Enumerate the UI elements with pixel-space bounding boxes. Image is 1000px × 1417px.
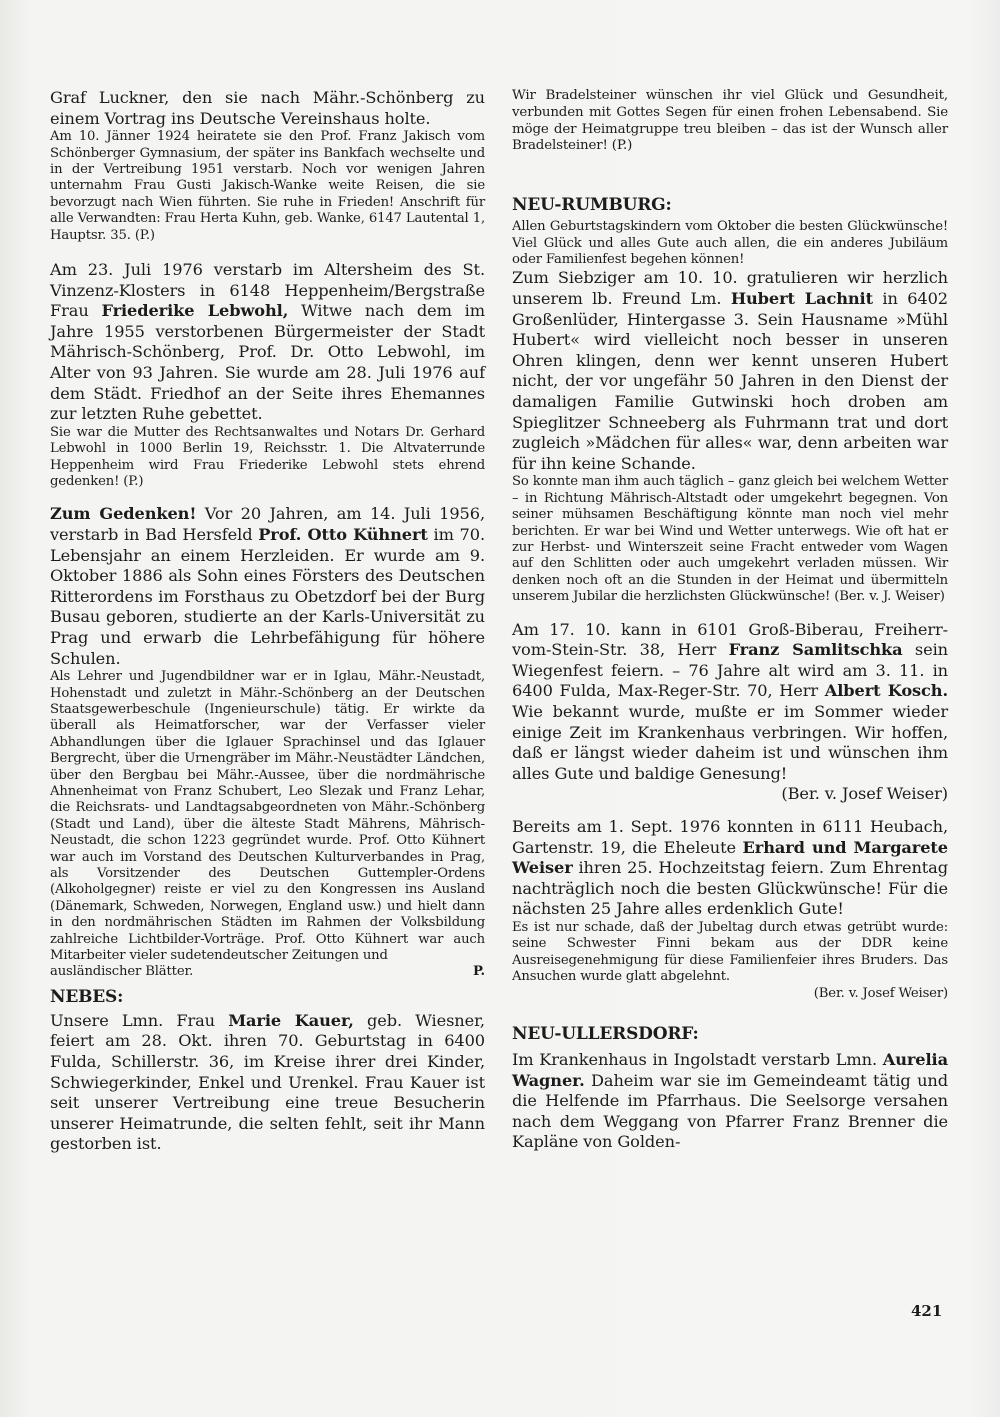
credit-josef-weiser-1: (Ber. v. Josef Weiser)	[512, 784, 948, 805]
paragraph-weiser-detail: Es ist nur schade, daß der Jubeltag durc…	[512, 920, 948, 986]
signature: P.	[473, 964, 485, 980]
name-otto-kuehnert: Prof. Otto Kühnert	[258, 525, 428, 544]
paragraph-rumburg-intro: Allen Geburtstagskindern vom Oktober die…	[512, 219, 948, 268]
paragraph-gedenken: Zum Gedenken! Vor 20 Jahren, am 14. Juli…	[50, 504, 485, 669]
section-heading-nebes: NEBES:	[50, 987, 485, 1007]
name-friederike-lebwohl: Friederike Lebwohl,	[101, 301, 288, 320]
section-heading-neu-ullersdorf: NEU-ULLERSDORF:	[512, 1024, 948, 1044]
name-hubert-lachnit: Hubert Lachnit	[731, 289, 873, 308]
page-number: 421	[911, 1302, 942, 1320]
paragraph-weiser-wedding: Bereits am 1. Sept. 1976 konnten in 6111…	[512, 817, 948, 920]
name-marie-kauer: Marie Kauer,	[228, 1011, 354, 1030]
paragraph-kauer: Unsere Lmn. Frau Marie Kauer, geb. Wiesn…	[50, 1011, 485, 1155]
gedenken-title: Zum Gedenken!	[50, 504, 196, 523]
paragraph-kuehnert-detail: Als Lehrer und Jugendbildner war er in I…	[50, 669, 485, 964]
paragraph-lachnit: Zum Siebziger am 10. 10. gratulieren wir…	[512, 268, 948, 474]
paragraph-bradelsteiner: Wir Bradelsteiner wünschen ihr viel Glüc…	[512, 88, 948, 155]
name-albert-kosch: Albert Kosch.	[825, 681, 948, 700]
paragraph-jakisch: Am 10. Jänner 1924 heiratete sie den Pro…	[50, 129, 485, 244]
paragraph-samlitschka: Am 17. 10. kann in 6101 Groß-Biberau, Fr…	[512, 620, 948, 785]
paragraph-lachnit-detail: So konnte man ihm auch täglich – ganz gl…	[512, 474, 948, 605]
paragraph-luckner-lead: Graf Luckner, den sie nach Mähr.-Schönbe…	[50, 88, 485, 129]
credit-josef-weiser-2: (Ber. v. Josef Weiser)	[512, 986, 948, 1002]
paragraph-lebwohl: Am 23. Juli 1976 verstarb im Altersheim …	[50, 260, 485, 425]
paragraph-wagner: Im Krankenhaus in Ingolstadt verstarb Lm…	[512, 1050, 948, 1153]
section-heading-neu-rumburg: NEU-RUMBURG:	[512, 195, 948, 215]
left-column: Graf Luckner, den sie nach Mähr.-Schönbe…	[50, 88, 485, 1155]
name-franz-samlitschka: Franz Samlitschka	[729, 640, 903, 659]
paragraph-lebwohl-detail: Sie war die Mutter des Rechtsanwaltes un…	[50, 425, 485, 491]
kuehnert-last-line: ausländischer Blätter. P.	[50, 964, 485, 980]
right-column: Wir Bradelsteiner wünschen ihr viel Glüc…	[512, 88, 948, 1153]
